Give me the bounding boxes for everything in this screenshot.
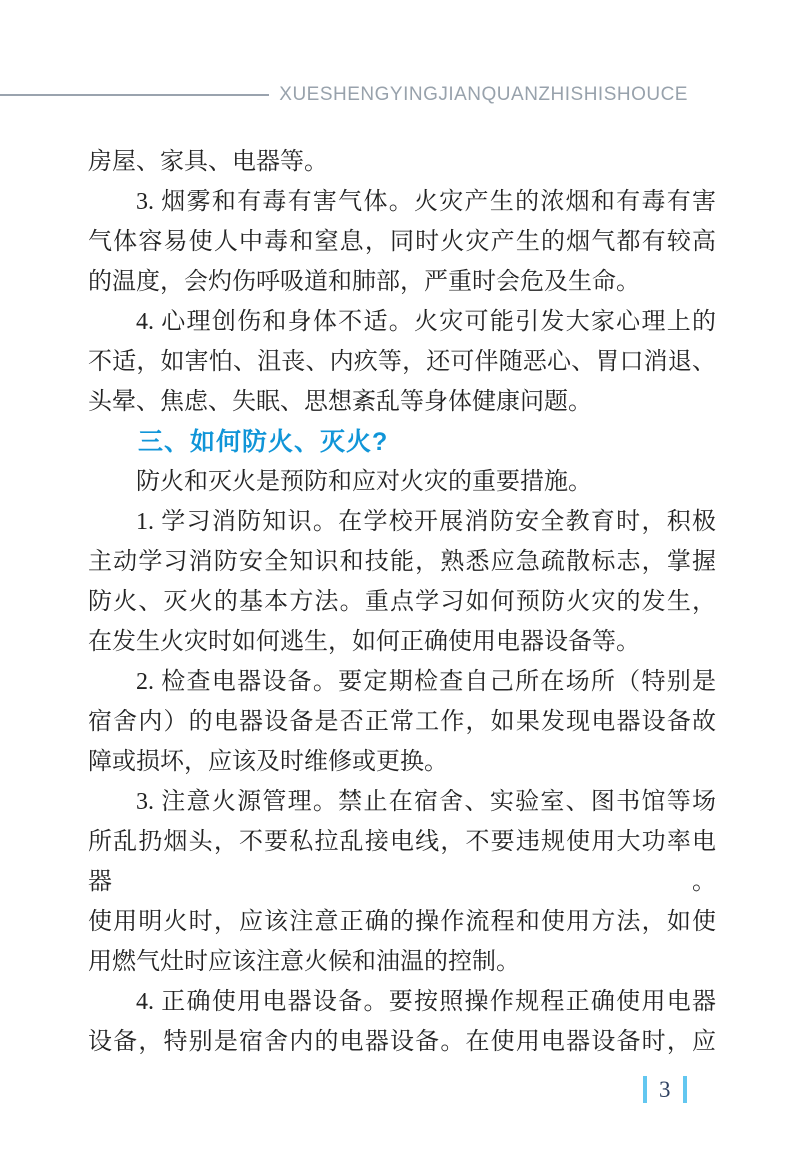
page-header: XUESHENGYINGJIANQUANZHISHISHOUCE: [0, 84, 688, 106]
text-line: 头晕、焦虑、失眠、思想紊乱等身体健康问题。: [88, 382, 716, 422]
text-line: 房屋、家具、电器等。: [88, 142, 716, 182]
text-line: 所乱扔烟头，不要私拉乱接电线，不要违规使用大功率电器。: [88, 822, 716, 902]
text-line: 1. 学习消防知识。在学校开展消防安全教育时，积极: [88, 502, 716, 542]
page-number-right-bar: [683, 1076, 687, 1103]
page-number: 3: [659, 1076, 671, 1103]
paragraph: 2. 检查电器设备。要定期检查自己所在场所（特别是宿舍内）的电器设备是否正常工作…: [88, 662, 716, 782]
paragraph: 4. 正确使用电器设备。要按照操作规程正确使用电器设备，特别是宿舍内的电器设备。…: [88, 982, 716, 1062]
text-line: 气体容易使人中毒和窒息，同时火灾产生的烟气都有较高: [88, 222, 716, 262]
text-line: 4. 正确使用电器设备。要按照操作规程正确使用电器: [88, 982, 716, 1022]
text-line: 宿舍内）的电器设备是否正常工作，如果发现电器设备故: [88, 702, 716, 742]
text-line: 防火、灭火的基本方法。重点学习如何预防火灾的发生，: [88, 582, 716, 622]
paragraph: 房屋、家具、电器等。: [88, 142, 716, 182]
text-line: 用燃气灶时应该注意火候和油温的控制。: [88, 942, 716, 982]
header-rule: [0, 94, 269, 96]
text-line: 在发生火灾时如何逃生，如何正确使用电器设备等。: [88, 622, 716, 662]
paragraph: 4. 心理创伤和身体不适。火灾可能引发大家心理上的不适，如害怕、沮丧、内疚等，还…: [88, 302, 716, 422]
paragraph: 3. 烟雾和有毒有害气体。火灾产生的浓烟和有毒有害气体容易使人中毒和窒息，同时火…: [88, 182, 716, 302]
page-footer: 3: [643, 1076, 687, 1103]
header-romanized-title: XUESHENGYINGJIANQUANZHISHISHOUCE: [279, 84, 688, 106]
text-line: 3. 烟雾和有毒有害气体。火灾产生的浓烟和有毒有害: [88, 182, 716, 222]
paragraph: 1. 学习消防知识。在学校开展消防安全教育时，积极主动学习消防安全知识和技能，熟…: [88, 502, 716, 662]
text-line: 4. 心理创伤和身体不适。火灾可能引发大家心理上的: [88, 302, 716, 342]
page-number-left-bar: [643, 1076, 647, 1103]
text-line: 防火和灭火是预防和应对火灾的重要措施。: [88, 462, 716, 502]
section-heading: 三、如何防火、灭火?: [88, 422, 716, 462]
heading-line: 三、如何防火、灭火?: [88, 422, 716, 462]
text-line: 设备，特别是宿舍内的电器设备。在使用电器设备时，应: [88, 1022, 716, 1062]
text-line: 障或损坏，应该及时维修或更换。: [88, 742, 716, 782]
paragraph: 防火和灭火是预防和应对火灾的重要措施。: [88, 462, 716, 502]
text-line: 主动学习消防安全知识和技能，熟悉应急疏散标志，掌握: [88, 542, 716, 582]
document-body: 房屋、家具、电器等。3. 烟雾和有毒有害气体。火灾产生的浓烟和有毒有害气体容易使…: [88, 142, 716, 1062]
document-page: XUESHENGYINGJIANQUANZHISHISHOUCE 房屋、家具、电…: [0, 0, 802, 1171]
text-line: 3. 注意火源管理。禁止在宿舍、实验室、图书馆等场: [88, 782, 716, 822]
text-line: 使用明火时，应该注意正确的操作流程和使用方法，如使: [88, 902, 716, 942]
text-line: 不适，如害怕、沮丧、内疚等，还可伴随恶心、胃口消退、: [88, 342, 716, 382]
paragraph: 3. 注意火源管理。禁止在宿舍、实验室、图书馆等场所乱扔烟头，不要私拉乱接电线，…: [88, 782, 716, 982]
text-line: 的温度，会灼伤呼吸道和肺部，严重时会危及生命。: [88, 262, 716, 302]
text-line: 2. 检查电器设备。要定期检查自己所在场所（特别是: [88, 662, 716, 702]
